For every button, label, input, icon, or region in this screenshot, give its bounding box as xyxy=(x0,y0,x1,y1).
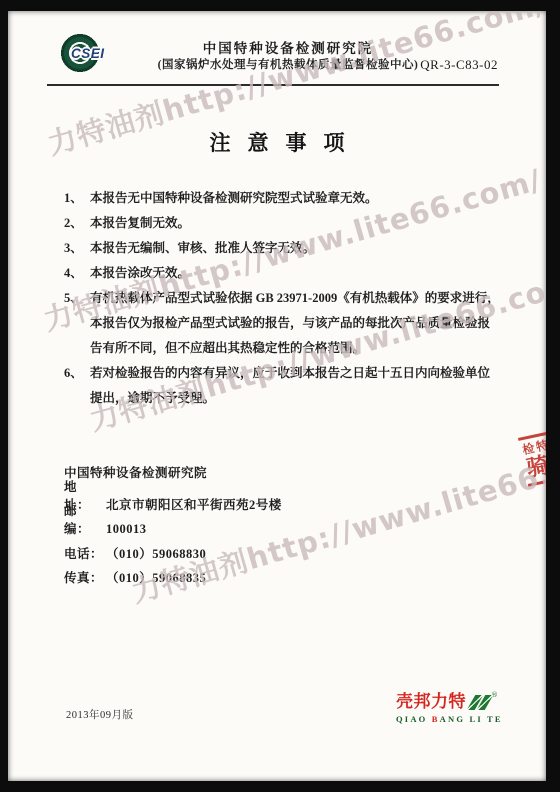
notice-item: 3、 本报告无编制、审核、批准人签字无效。 xyxy=(64,236,502,261)
org-name: 中国特种设备检测研究院 xyxy=(118,37,458,57)
version-note: 2013年09月版 xyxy=(66,707,134,722)
brand-mark-icon xyxy=(469,695,489,710)
contact-org: 中国特种设备检测研究院 xyxy=(64,463,404,488)
notice-number: 4、 xyxy=(64,261,90,286)
zip-value: 100013 xyxy=(106,522,147,537)
notice-text: 本报告涂改无效。 xyxy=(90,261,502,286)
document-page: CSEI 中国特种设备检测研究院 (国家锅炉水处理与有机热载体质量监督检验中心)… xyxy=(8,11,546,781)
notice-number: 5、 xyxy=(64,286,90,361)
notice-item: 2、 本报告复制无效。 xyxy=(64,211,502,236)
notice-item: 4、 本报告涂改无效。 xyxy=(64,261,502,286)
fax-value: （010）59068835 xyxy=(106,568,206,586)
brand-logo-top: 壳邦力特 ® xyxy=(396,693,516,713)
csei-logo-text: CSEI xyxy=(71,46,105,61)
notice-text: 有机热载体产品型式试验依据 GB 23971-2009《有机热载体》的要求进行，… xyxy=(90,286,502,361)
notice-item: 1、 本报告无中国特种设备检测研究院型式试验章无效。 xyxy=(64,186,502,211)
notice-item: 6、 若对检验报告的内容有异议，应于收到本报告之日起十五日内向检验单位提出，逾期… xyxy=(64,361,502,411)
contact-row-address: 地 址： 北京市朝阳区和平街西苑2号楼 xyxy=(64,488,404,513)
brand-name-en: QIAO BANG LI TE xyxy=(396,714,516,724)
brand-en-part: ANG LI TE xyxy=(440,714,503,724)
notice-text: 若对检验报告的内容有异议，应于收到本报告之日起十五日内向检验单位提出，逾期不予受… xyxy=(90,361,502,411)
brand-logo: 壳邦力特 ® QIAO BANG LI TE xyxy=(396,693,516,724)
contact-block: 中国特种设备检测研究院 地 址： 北京市朝阳区和平街西苑2号楼 邮 编： 100… xyxy=(64,463,404,586)
fax-label: 传真： xyxy=(64,568,106,586)
notice-number: 3、 xyxy=(64,236,90,261)
notice-list: 1、 本报告无中国特种设备检测研究院型式试验章无效。 2、 本报告复制无效。 3… xyxy=(64,186,502,411)
page-title: 注意事项 xyxy=(8,127,546,157)
contact-row-fax: 传真： （010）59068835 xyxy=(64,562,404,587)
phone-value: （010）59068830 xyxy=(106,544,206,562)
brand-en-part: QIAO xyxy=(396,714,432,724)
notice-number: 1、 xyxy=(64,186,90,211)
brand-en-part-red: B xyxy=(432,714,440,724)
contact-row-phone: 电话： （010）59068830 xyxy=(64,537,404,562)
notice-text: 本报告复制无效。 xyxy=(90,211,502,236)
notice-text: 本报告无编制、审核、批准人签字无效。 xyxy=(90,236,502,261)
contact-row-zip: 邮 编： 100013 xyxy=(64,513,404,538)
notice-number: 2、 xyxy=(64,211,90,236)
csei-logo: CSEI xyxy=(60,33,106,79)
zip-label: 邮 编： xyxy=(64,501,106,537)
org-subtitle: (国家锅炉水处理与有机热载体质量监督检验中心) xyxy=(108,56,468,72)
notice-text: 本报告无中国特种设备检测研究院型式试验章无效。 xyxy=(90,186,502,211)
brand-name-cn: 壳邦力特 xyxy=(396,693,466,712)
notice-number: 6、 xyxy=(64,361,90,411)
phone-label: 电话： xyxy=(64,544,106,562)
doc-code: QR-3-C83-02 xyxy=(420,57,498,73)
address-value: 北京市朝阳区和平街西苑2号楼 xyxy=(106,495,282,513)
header-divider xyxy=(47,84,499,86)
seam-stamp: 检特 骑 xyxy=(518,424,546,487)
notice-item: 5、 有机热载体产品型式试验依据 GB 23971-2009《有机热载体》的要求… xyxy=(64,286,502,361)
